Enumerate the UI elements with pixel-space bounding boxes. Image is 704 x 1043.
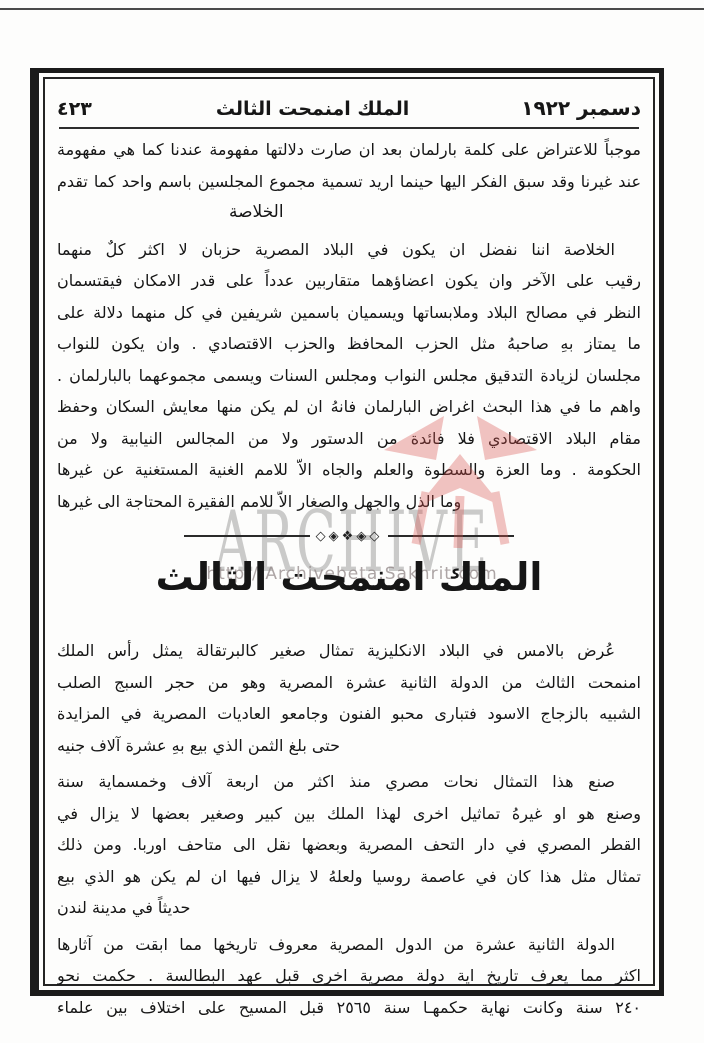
text-line: تمثال مثل هذا كان في عاصمة روسيا ولعلهُ … bbox=[57, 861, 641, 893]
divider-line-left bbox=[184, 535, 310, 537]
text-line: امنمحت الثالث من الدولة الثانية عشرة الم… bbox=[57, 667, 641, 699]
text-line: ٢٤٠ سنة وكانت نهاية حكمهـا سنة ٢٥٦٥ قبل … bbox=[57, 992, 641, 1024]
intro-paragraph: موجباً للاعتراض على كلمة بارلمان بعد ان … bbox=[57, 134, 641, 197]
page-content: دسمبر ١٩٢٢ الملك امنمحت الثالث ٤٢٣ موجبا… bbox=[45, 79, 653, 984]
divider-ornament: ◇◈❖◈◇ bbox=[310, 529, 389, 544]
divider-line-right bbox=[388, 535, 514, 537]
text-line: الدولة الثانية عشرة من الدول المصرية معر… bbox=[57, 929, 641, 961]
section-divider: ◇◈❖◈◇ bbox=[184, 525, 514, 547]
text-line: ما يمتاز بهِ صاحبهُ مثل الحزب المحافظ وا… bbox=[57, 328, 641, 360]
scanned-book-page: ARCHIVE http://Archivebeta.Sakhrit.com د… bbox=[0, 0, 704, 1043]
scan-edge-line bbox=[0, 8, 704, 10]
text-line: عُرض بالامس في البلاد الانكليزية تمثال ص… bbox=[57, 635, 641, 667]
article-title: الملك امنمحت الثالث bbox=[57, 549, 641, 605]
page-number: ٤٢٣ bbox=[57, 98, 92, 120]
text-line: الحكومة . وما العزة والسطوة والعلم والجا… bbox=[57, 454, 641, 486]
article-paragraph-1: عُرض بالامس في البلاد الانكليزية تمثال ص… bbox=[57, 635, 641, 761]
article-paragraph-2: صنع هذا التمثال نحات مصري منذ اكثر من ار… bbox=[57, 766, 641, 924]
page-border-frame: دسمبر ١٩٢٢ الملك امنمحت الثالث ٤٢٣ موجبا… bbox=[30, 68, 664, 996]
text-line: مجلسان لزيادة التدقيق مجلس النواب ومجلس … bbox=[57, 360, 641, 392]
text-line: موجباً للاعتراض على كلمة بارلمان بعد ان … bbox=[57, 134, 641, 166]
text-line: وصنع هو او غيرهُ تماثيل اخرى لهذا الملك … bbox=[57, 798, 641, 830]
text-line: صنع هذا التمثال نحات مصري منذ اكثر من ار… bbox=[57, 766, 641, 798]
text-line: النظر في مصالح البلاد وملابساتها ويسميان… bbox=[57, 297, 641, 329]
text-line: عند غيرنا وقد سبق الفكر اليها حينما اريد… bbox=[57, 166, 641, 198]
text-line: مقام البلاد الاقتصادي فلا فائدة من الدست… bbox=[57, 423, 641, 455]
header-rule bbox=[59, 127, 639, 129]
page-inner-border: دسمبر ١٩٢٢ الملك امنمحت الثالث ٤٢٣ موجبا… bbox=[43, 77, 655, 986]
header-title: الملك امنمحت الثالث bbox=[216, 98, 409, 120]
text-line: الخلاصة اننا نفضل ان يكون في البلاد المص… bbox=[57, 234, 641, 266]
text-line: اكثر مما يعرف تاريخ اية دولة مصرية اخرى … bbox=[57, 960, 641, 992]
text-line: واهم ما في هذا البحث اغراض البارلمان فان… bbox=[57, 391, 641, 423]
text-line: حتى بلغ الثمن الذي بيع بهِ عشرة آلاف جني… bbox=[57, 730, 641, 762]
summary-heading: الخلاصة bbox=[57, 197, 641, 229]
text-line: وما الذل والجهل والصغار الاّ للامم الفقي… bbox=[57, 486, 641, 518]
running-header: دسمبر ١٩٢٢ الملك امنمحت الثالث ٤٢٣ bbox=[57, 88, 641, 120]
header-date: دسمبر ١٩٢٢ bbox=[521, 96, 641, 120]
text-line: الشبيه بالزجاج الاسود فتبارى محبو الفنون… bbox=[57, 698, 641, 730]
text-line: حديثاً في مدينة لندن bbox=[57, 892, 641, 924]
article-paragraph-3: الدولة الثانية عشرة من الدول المصرية معر… bbox=[57, 929, 641, 1024]
summary-paragraph: الخلاصة اننا نفضل ان يكون في البلاد المص… bbox=[57, 234, 641, 518]
text-line: القطر المصري في دار التحف المصرية وبعضها… bbox=[57, 829, 641, 861]
text-line: رقيب على الآخر وان يكون اعضاؤهما متقاربي… bbox=[57, 265, 641, 297]
